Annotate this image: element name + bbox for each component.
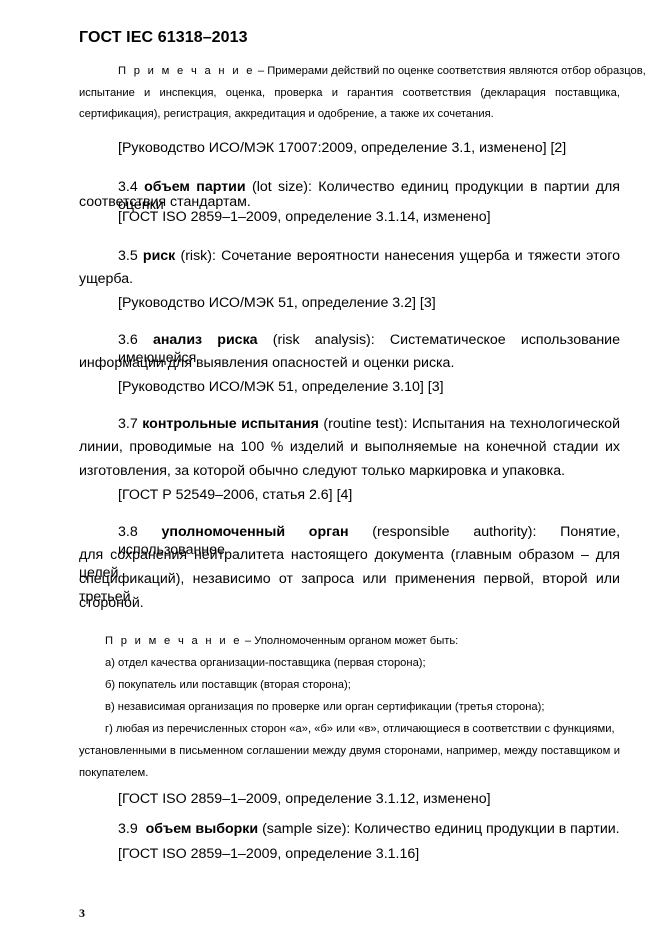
note-2-label: П р и м е ч а н и е — [105, 635, 242, 647]
note-2-item-a: а) отдел качества организации-поставщика… — [105, 656, 426, 670]
note-2-item-b: б) покупатель или поставщик (вторая стор… — [105, 678, 351, 692]
term-3-7: 3.7 контрольные испытания (routine test)… — [118, 415, 620, 433]
term-3-7-continuation-1: линии, проводимые на 100 % изделий и вып… — [79, 438, 620, 456]
note-2-item-g-continuation-1: установленными в письменном соглашении м… — [79, 744, 620, 758]
note-1-line-2: испытание и инспекция, оценка, проверка … — [79, 86, 620, 100]
document-page: ГОСТ IEC 61318–2013 П р и м е ч а н и е … — [0, 0, 661, 935]
term-3-7-reference: [ГОСТ Р 52549–2006, статья 2.6] [4] — [118, 486, 352, 504]
term-3-8-reference: [ГОСТ ISO 2859–1–2009, определение 3.1.1… — [118, 790, 491, 808]
note-2-intro: П р и м е ч а н и е – Уполномоченным орг… — [105, 634, 458, 648]
term-3-8-name: уполномоченный орган — [162, 524, 349, 540]
term-3-8-continuation-2: спецификаций), независимо от запроса или… — [79, 570, 620, 606]
reference-3-3: [Руководство ИСО/МЭК 17007:2009, определ… — [118, 139, 566, 157]
term-3-5: 3.5 риск (risk): Сочетание вероятности н… — [118, 247, 620, 265]
note-1-line-1: П р и м е ч а н и е – Примерами действий… — [118, 64, 646, 78]
term-3-9-name: объем выборки — [146, 821, 258, 837]
term-3-4-reference: [ГОСТ ISO 2859–1–2009, определение 3.1.1… — [118, 208, 491, 226]
term-3-9-reference: [ГОСТ ISO 2859–1–2009, определение 3.1.1… — [118, 845, 419, 863]
term-3-8-continuation-3: стороной. — [79, 594, 144, 612]
term-3-7-name: контрольные испытания — [142, 416, 319, 432]
term-3-5-reference: [Руководство ИСО/МЭК 51, определение 3.2… — [118, 294, 436, 312]
note-1-line-3: сертификация), регистрация, аккредитация… — [79, 107, 494, 121]
note-2-item-g-continuation-2: покупателем. — [79, 766, 148, 780]
page-number: 3 — [79, 906, 85, 921]
term-3-9: 3.9 объем выборки (sample size): Количес… — [118, 820, 620, 838]
document-header: ГОСТ IEC 61318–2013 — [79, 29, 248, 47]
term-3-5-continuation: ущерба. — [79, 270, 133, 288]
term-3-7-continuation-2: изготовления, за которой обычно следуют … — [79, 462, 565, 480]
term-3-6-continuation: информации для выявления опасностей и оц… — [79, 354, 454, 372]
note-2-item-v: в) независимая организация по проверке и… — [105, 700, 544, 714]
term-3-6-name: анализ риска — [153, 332, 258, 348]
note-2-item-g: г) любая из перечисленных сторон «а», «б… — [105, 722, 615, 736]
note-1-label: П р и м е ч а н и е — [118, 65, 255, 77]
term-3-6-reference: [Руководство ИСО/МЭК 51, определение 3.1… — [118, 378, 444, 396]
term-3-5-name: риск — [143, 248, 175, 264]
